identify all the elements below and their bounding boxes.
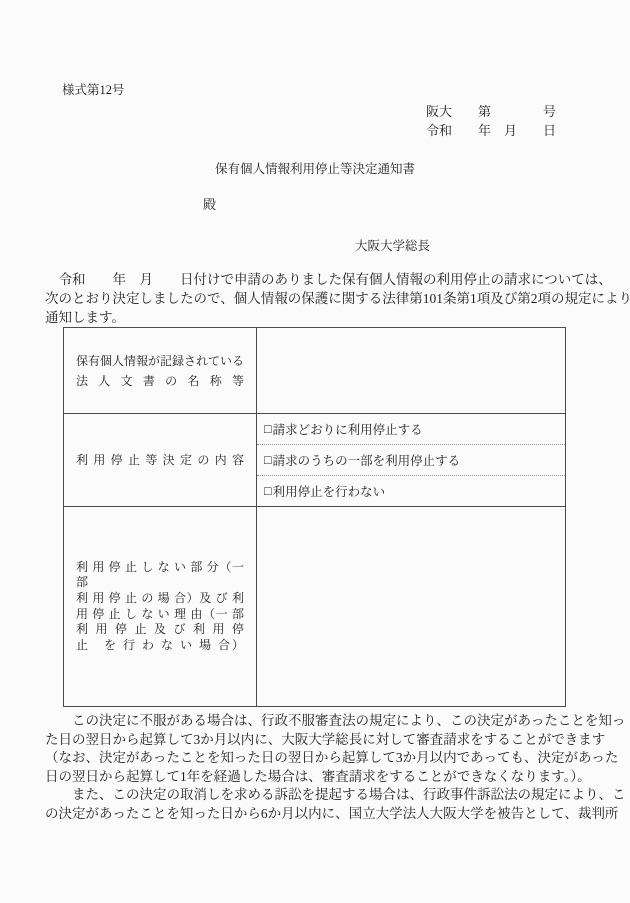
label-line: 止 を 行 わ な い 場 合） [76, 638, 244, 654]
decision-options-cell: □ 請求どおりに利用停止する □ 請求のうちの一部を利用停止する □ 利用停止を… [257, 414, 565, 506]
paragraph-line: また、この決定の取消しを求める訴訟を提起する場合は、行政事件訴訟法の規定により、… [45, 786, 625, 805]
paragraph-line: （なお、決定があったことを知った日の翌日から起算して3か月以内であっても、決定が… [45, 749, 625, 768]
intro-paragraph: 令和 年 月 日付けで申請のありました保有個人情報の利用停止の請求については、 … [45, 270, 625, 327]
option-row: □ 請求どおりに利用停止する [257, 414, 565, 445]
row-label-decision-content: 利 用 停 止 等 決 定 の 内 容 [64, 414, 257, 506]
label-line: 利 用 停 止 等 決 定 の 内 容 [76, 450, 244, 470]
label-line: 利 用 停 止 し な い 部 分（一 部 [76, 560, 244, 591]
label-line: 用 停 止 し な い 理 由（一 部 [76, 607, 244, 623]
closing-paragraphs: この決定に不服がある場合は、行政不服審査法の規定により、この決定があったことを知… [45, 712, 625, 824]
addressee-honorific: 殿 [203, 194, 216, 213]
checkbox-icon: □ [264, 422, 272, 437]
label-line: 利 用 停 止 の 場 合）及 び 利 [76, 591, 244, 607]
row-label-reason: 利 用 停 止 し な い 部 分（一 部 利 用 停 止 の 場 合）及 び … [64, 507, 257, 706]
paragraph-line: 令和 年 月 日付けで申請のありました保有個人情報の利用停止の請求については、 [45, 270, 625, 289]
paragraph-line: た日の翌日から起算して3か月以内に、大阪大学総長に対して審査請求をすることができ… [45, 731, 625, 750]
date-line: 令和 年 月 日 [426, 121, 556, 140]
sender-name: 大阪大学総長 [355, 236, 430, 254]
row-label-document-name: 保有個人情報が記録されている 法 人 文 書 の 名 称 等 [64, 328, 257, 413]
document-page: 様式第12号 阪大 第 号 令和 年 月 日 保有個人情報利用停止等決定通知書 … [0, 0, 630, 903]
doc-number-block: 阪大 第 号 令和 年 月 日 [426, 102, 556, 140]
decision-table: 保有個人情報が記録されている 法 人 文 書 の 名 称 等 利 用 停 止 等… [63, 327, 566, 707]
paragraph-line: この決定に不服がある場合は、行政不服審査法の規定により、この決定があったことを知… [45, 712, 625, 731]
doc-number-line: 阪大 第 号 [426, 102, 556, 121]
table-row-decision-content: 利 用 停 止 等 決 定 の 内 容 □ 請求どおりに利用停止する □ 請求の… [64, 414, 565, 507]
label-line: 保有個人情報が記録されている [76, 351, 244, 371]
empty-cell-reason [257, 507, 565, 706]
checkbox-icon: □ [264, 484, 272, 499]
option-label: 利用停止を行わない [273, 482, 386, 500]
checkbox-icon: □ [264, 453, 272, 468]
paragraph-line: の決定があったことを知った日から6か月以内に、国立大学法人大阪大学を被告として、… [45, 805, 625, 824]
label-line: 法 人 文 書 の 名 称 等 [76, 371, 244, 391]
paragraph-line: 通知します。 [45, 308, 625, 327]
option-row: □ 利用停止を行わない [257, 476, 565, 506]
table-row-reason: 利 用 停 止 し な い 部 分（一 部 利 用 停 止 の 場 合）及 び … [64, 507, 565, 706]
option-label: 請求どおりに利用停止する [273, 420, 423, 438]
label-line: 利 用 停 止 及 び 利 用 停 [76, 622, 244, 638]
form-number: 様式第12号 [62, 80, 125, 98]
option-row: □ 請求のうちの一部を利用停止する [257, 445, 565, 476]
empty-cell-document-name [257, 328, 565, 413]
paragraph-line: 日の翌日から起算して1年を経過した場合は、審査請求をすることができなくなります。… [45, 768, 625, 787]
document-title: 保有個人情報利用停止等決定通知書 [0, 159, 630, 177]
table-row-document-name: 保有個人情報が記録されている 法 人 文 書 の 名 称 等 [64, 328, 565, 414]
option-label: 請求のうちの一部を利用停止する [273, 451, 461, 469]
paragraph-line: 次のとおり決定しましたので、個人情報の保護に関する法律第101条第1項及び第2項… [45, 289, 625, 308]
